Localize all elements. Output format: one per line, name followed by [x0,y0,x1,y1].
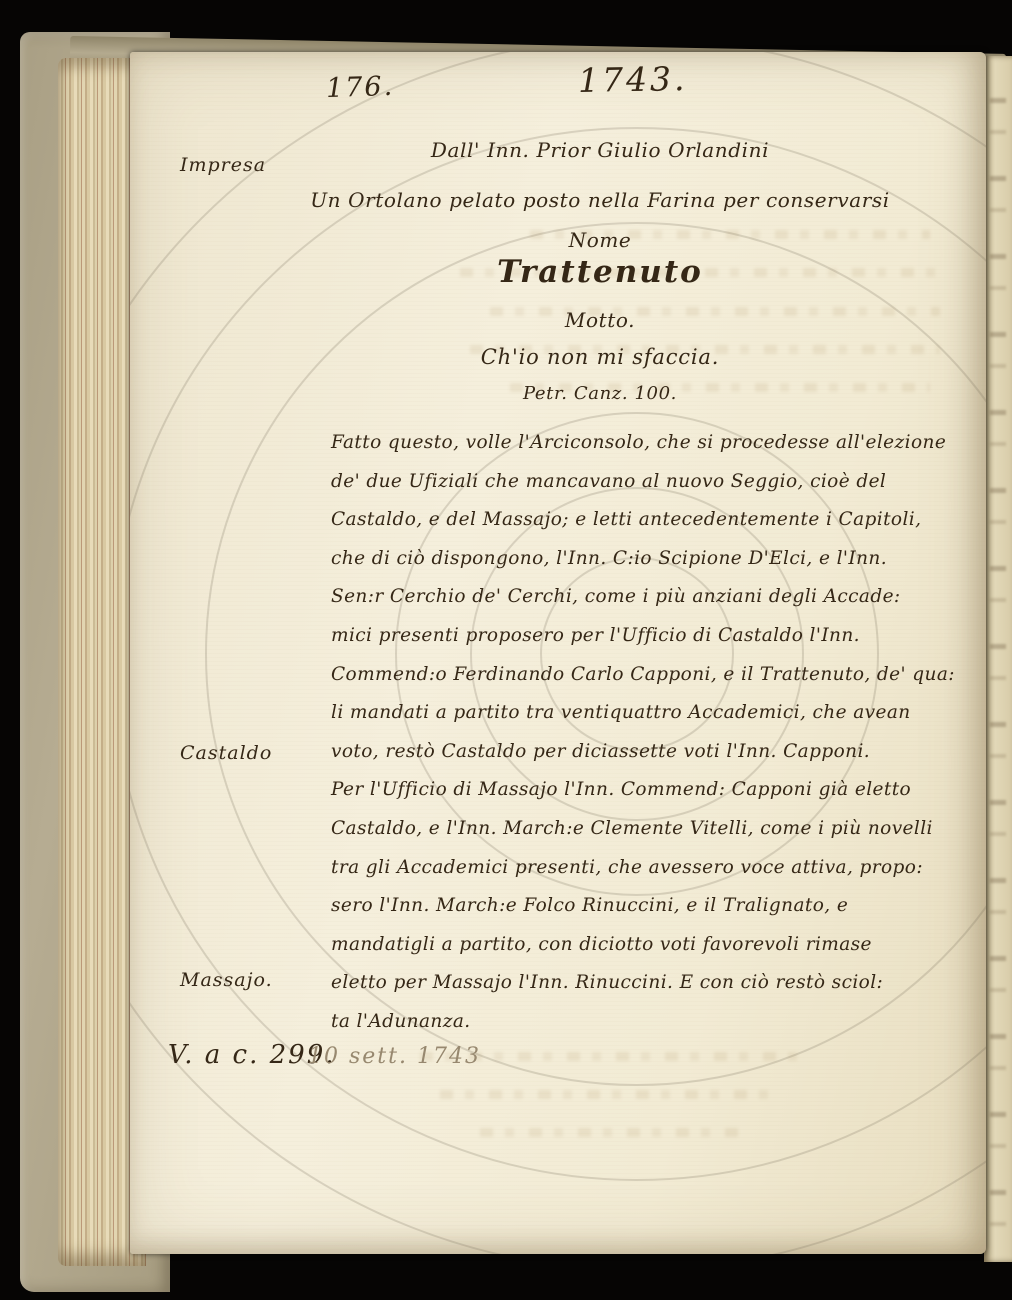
photograph-of-manuscript: 176. 1743. Impresa Castaldo Massajo. Dal… [0,0,1012,1300]
body-line: de' due Ufiziali che mancavano al nuovo … [331,463,986,502]
margin-note-massajo: Massajo. [180,969,273,991]
year-heading: 1743. [578,59,688,100]
body-line: Fatto questo, volle l'Arciconsolo, che s… [331,424,986,463]
body-line: Commend:o Ferdinando Carlo Capponi, e il… [331,656,986,695]
dedication-line: Dall' Inn. Prior Giulio Orlandini [275,138,925,162]
motto-source-citation: Petr. Canz. 100. [275,383,925,404]
body-line: Per l'Ufficio di Massajo l'Inn. Commend:… [331,771,986,810]
body-line: Sen:r Cerchio de' Cerchi, come i più anz… [331,578,986,617]
body-line: sero l'Inn. March:e Folco Rinuccini, e i… [331,887,986,926]
body-line: che di ciò dispongono, l'Inn. C:io Scipi… [331,540,986,579]
body-line: Castaldo, e del Massajo; e letti anteced… [331,501,986,540]
body-line: mici presenti proposero per l'Ufficio di… [331,617,986,656]
academic-name-title: Trattenuto [275,254,925,290]
body-text: Fatto questo, volle l'Arciconsolo, che s… [331,424,986,1042]
body-line: ta l'Adunanza. [331,1003,986,1042]
manuscript-page: 176. 1743. Impresa Castaldo Massajo. Dal… [130,52,986,1254]
body-line: li mandati a partito tra ventiquattro Ac… [331,694,986,733]
body-line: tra gli Accademici presenti, che avesser… [331,849,986,888]
body-line: voto, restò Castaldo per diciassette vot… [331,733,986,772]
body-line: Castaldo, e l'Inn. March:e Clemente Vite… [331,810,986,849]
bleedthrough-row [480,1128,740,1137]
motto-label: Motto. [275,308,925,332]
page-number: 176. [325,71,394,104]
motto-text: Ch'io non mi sfaccia. [275,345,925,369]
pencil-date-note: 10 sett. 1743 [308,1044,481,1069]
next-page-text-fragments [990,56,1006,1262]
nome-label: Nome [275,228,925,252]
impresa-description: Un Ortolano pelato posto nella Farina pe… [275,188,925,212]
body-line: mandatigli a partito, con diciotto voti … [331,926,986,965]
margin-note-impresa: Impresa [180,154,266,176]
bleedthrough-row [440,1090,770,1099]
next-page-sliver [984,56,1012,1262]
margin-note-castaldo: Castaldo [180,742,272,764]
body-line: eletto per Massajo l'Inn. Rinuccini. E c… [331,964,986,1003]
